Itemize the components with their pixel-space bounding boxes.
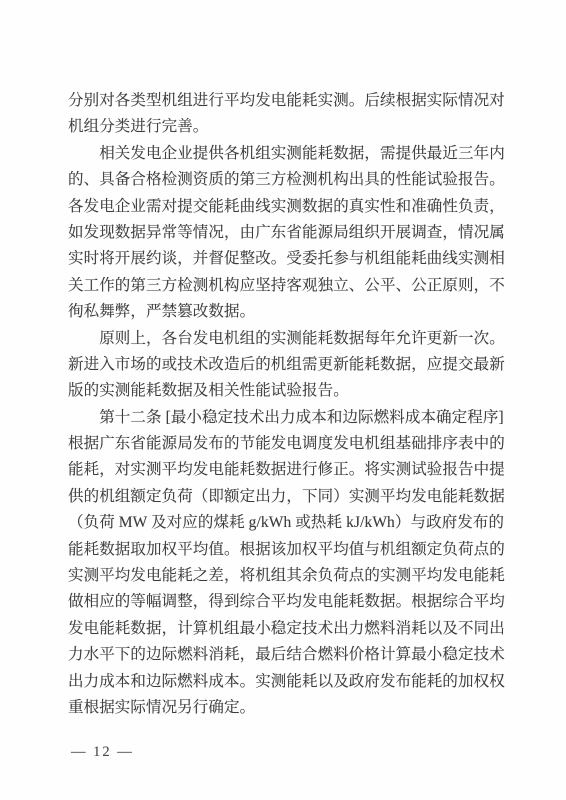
text-line: 原则上，各台发电机组的实测能耗数据每年允许更新一次。 bbox=[68, 326, 508, 352]
text-line: 实时将开展约谈，并督促整改。受委托参与机组能耗曲线实测相 bbox=[68, 246, 508, 272]
text-line: 供的机组额定负荷（即额定出力，下同）实测平均发电能耗数据 bbox=[68, 484, 508, 510]
text-line: 能耗，对实测平均发电能耗数据进行修正。将实测试验报告中提 bbox=[68, 457, 508, 483]
text-line: 机组分类进行完善。 bbox=[68, 114, 508, 140]
text-line: 实测平均发电能耗之差，将机组其余负荷点的实测平均发电能耗 bbox=[68, 563, 508, 589]
document-body: 分别对各类型机组进行平均发电能耗实测。后续根据实际情况对机组分类进行完善。 相关… bbox=[68, 88, 508, 721]
text-line: 如发现数据异常等情况，由广东省能源局组织开展调查，情况属 bbox=[68, 220, 508, 246]
text-line: 相关发电企业提供各机组实测能耗数据，需提供最近三年内 bbox=[68, 141, 508, 167]
text-line: 徇私舞弊，严禁篡改数据。 bbox=[68, 299, 508, 325]
text-line: （负荷 MW 及对应的煤耗 g/kWh 或热耗 kJ/kWh）与政府发布的 bbox=[68, 510, 508, 536]
text-line: 第十二条 [最小稳定技术出力成本和边际燃料成本确定程序] bbox=[68, 405, 508, 431]
document-page: 分别对各类型机组进行平均发电能耗实测。后续根据实际情况对机组分类进行完善。 相关… bbox=[0, 0, 566, 800]
text-line: 能耗数据取加权平均值。根据该加权平均值与机组额定负荷点的 bbox=[68, 537, 508, 563]
text-line: 新进入市场的或技术改造后的机组需更新能耗数据，应提交最新 bbox=[68, 352, 508, 378]
text-line: 根据广东省能源局发布的节能发电调度发电机组基础排序表中的 bbox=[68, 431, 508, 457]
page-number: — 12 — bbox=[71, 742, 134, 762]
text-line: 出力成本和边际燃料成本。实测能耗以及政府发布能耗的加权权 bbox=[68, 669, 508, 695]
text-line: 分别对各类型机组进行平均发电能耗实测。后续根据实际情况对 bbox=[68, 88, 508, 114]
text-line: 做相应的等幅调整，得到综合平均发电能耗数据。根据综合平均 bbox=[68, 589, 508, 615]
text-line: 的、具备合格检测资质的第三方检测机构出具的性能试验报告。 bbox=[68, 167, 508, 193]
text-line: 力水平下的边际燃料消耗，最后结合燃料价格计算最小稳定技术 bbox=[68, 642, 508, 668]
text-line: 版的实测能耗数据及相关性能试验报告。 bbox=[68, 378, 508, 404]
text-line: 各发电企业需对提交能耗曲线实测数据的真实性和准确性负责， bbox=[68, 194, 508, 220]
text-line: 重根据实际情况另行确定。 bbox=[68, 695, 508, 721]
text-line: 发电能耗数据，计算机组最小稳定技术出力燃料消耗以及不同出 bbox=[68, 616, 508, 642]
text-line: 关工作的第三方检测机构应坚持客观独立、公平、公正原则，不 bbox=[68, 273, 508, 299]
